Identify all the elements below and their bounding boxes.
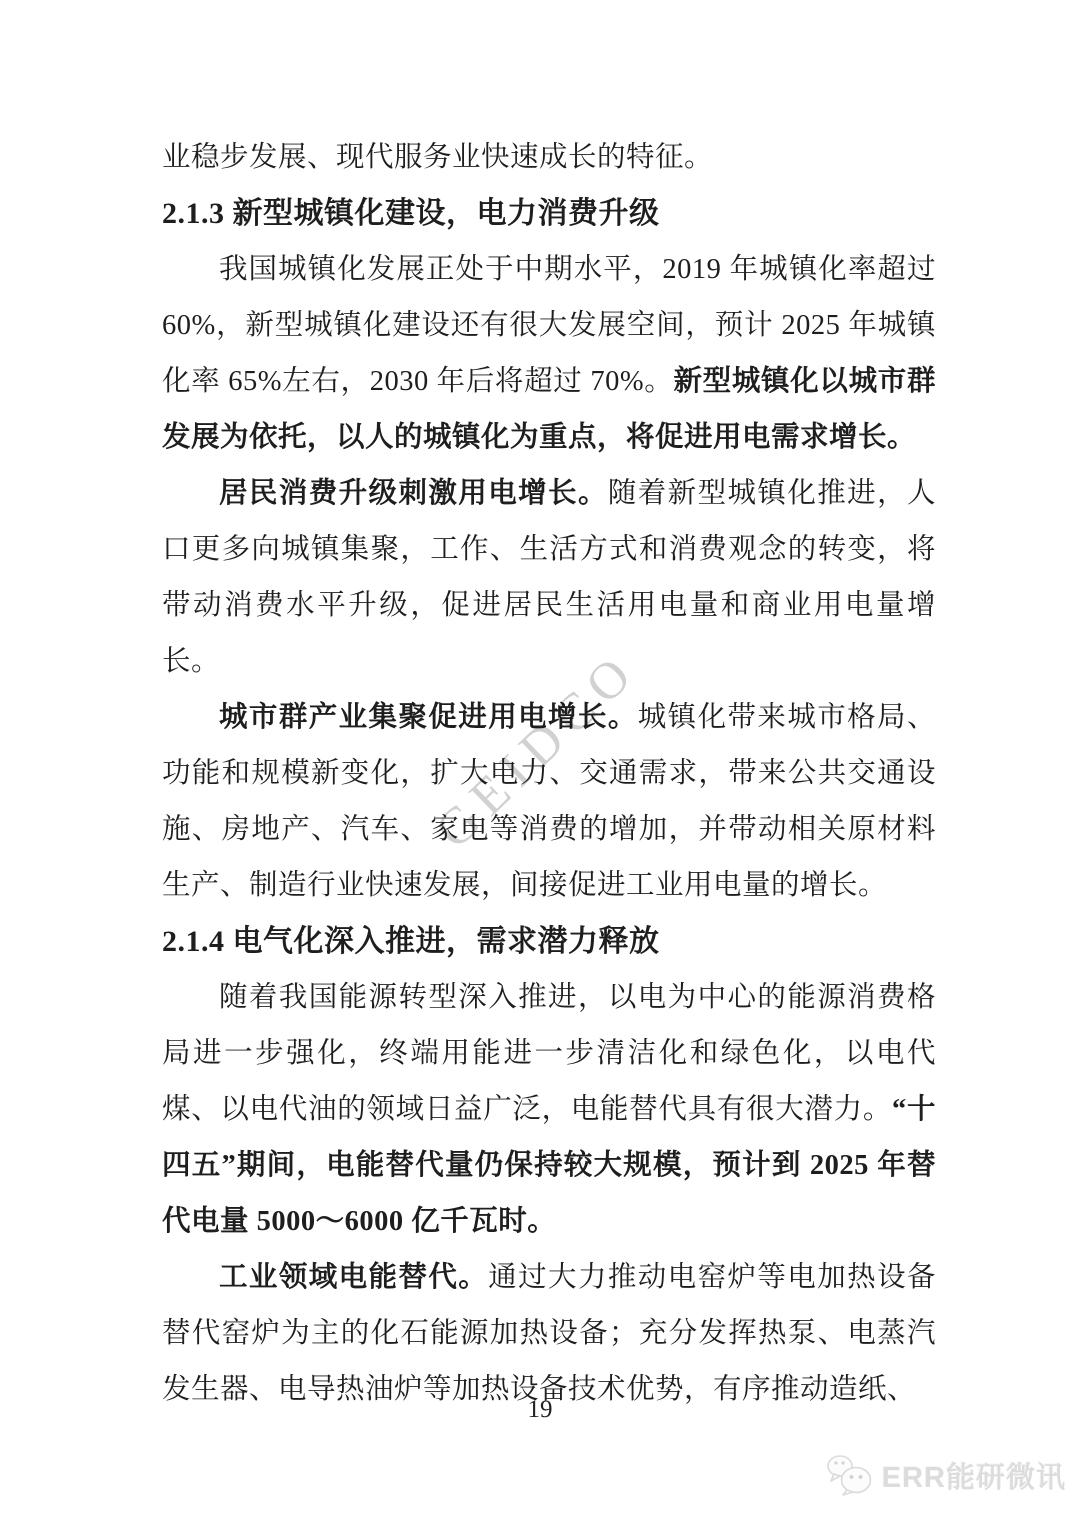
bold-text-segment: 工业领域电能替代。	[219, 1262, 488, 1293]
bold-text-segment: 城市群产业集聚促进用电增长。	[219, 702, 638, 733]
document-body: 业稳步发展、现代服务业快速成长的特征。2.1.3 新型城镇化建设，电力消费升级我…	[162, 130, 936, 1418]
text-segment: 业稳步发展、现代服务业快速成长的特征。	[162, 142, 713, 173]
bold-text-segment: 2.1.3 新型城镇化建设，电力消费升级	[162, 197, 660, 230]
wechat-icon	[826, 1454, 874, 1496]
section-heading: 2.1.4 电气化深入推进，需求潜力释放	[162, 914, 936, 970]
paragraph: 城市群产业集聚促进用电增长。城镇化带来城市格局、功能和规模新变化，扩大电力、交通…	[162, 690, 936, 914]
text-segment: 随着我国能源转型深入推进，以电为中心的能源消费格局进一步强化，终端用能进一步清洁…	[162, 982, 936, 1125]
document-page: GEIDCO 业稳步发展、现代服务业快速成长的特征。2.1.3 新型城镇化建设，…	[0, 0, 1080, 1527]
paragraph: 业稳步发展、现代服务业快速成长的特征。	[162, 130, 936, 186]
paragraph: 工业领域电能替代。通过大力推动电窑炉等电加热设备替代窑炉为主的化石能源加热设备；…	[162, 1250, 936, 1418]
paragraph: 随着我国能源转型深入推进，以电为中心的能源消费格局进一步强化，终端用能进一步清洁…	[162, 970, 936, 1250]
page-number: 19	[0, 1396, 1080, 1424]
paragraph: 居民消费升级刺激用电增长。随着新型城镇化推进，人口更多向城镇集聚，工作、生活方式…	[162, 466, 936, 690]
section-heading: 2.1.3 新型城镇化建设，电力消费升级	[162, 186, 936, 242]
footer-brand: ERR能研微讯	[826, 1454, 1066, 1496]
bold-text-segment: 2.1.4 电气化深入推进，需求潜力释放	[162, 925, 660, 958]
paragraph: 我国城镇化发展正处于中期水平，2019 年城镇化率超过 60%，新型城镇化建设还…	[162, 242, 936, 466]
footer-brand-text: ERR能研微讯	[882, 1455, 1066, 1496]
bold-text-segment: 居民消费升级刺激用电增长。	[219, 478, 608, 509]
